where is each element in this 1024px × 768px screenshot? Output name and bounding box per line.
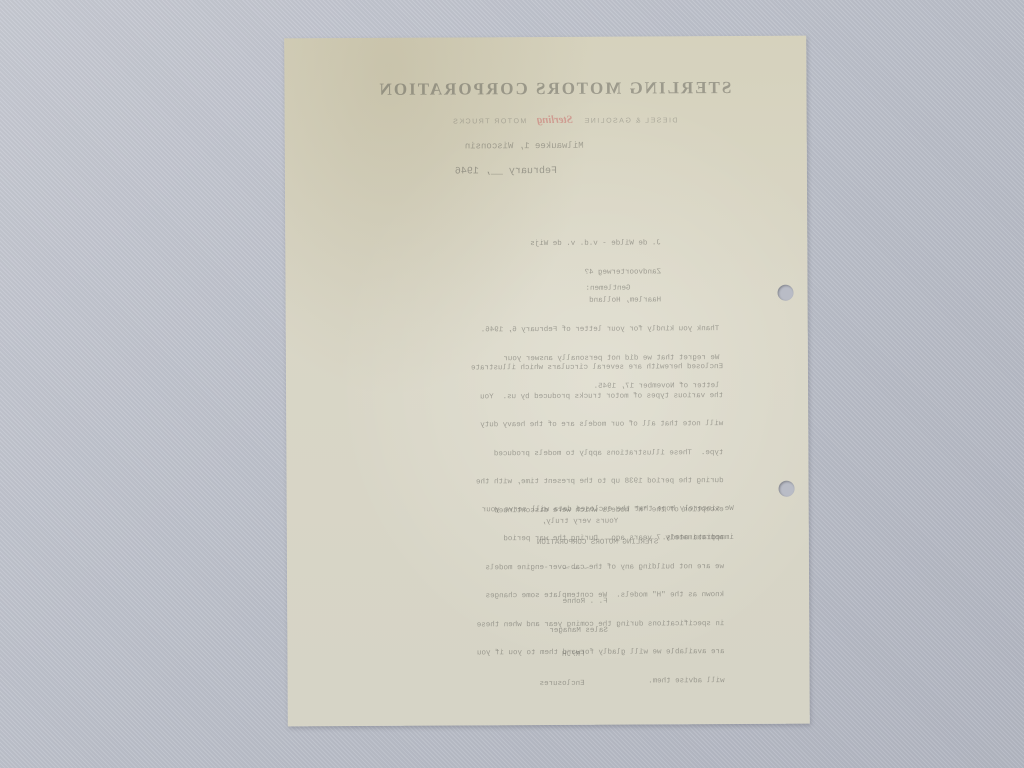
enclosures-line: Enclosures — [540, 679, 585, 689]
punch-hole — [777, 285, 793, 301]
signer-name: F. . Rohne — [549, 598, 608, 608]
company-signature: STERLING MOTORS CORPORATION — [537, 538, 659, 548]
reference-line: FR/JH — [539, 651, 584, 661]
text-line: Enclosed herewith are several circulars … — [471, 363, 723, 374]
text-line: the various types of motor trucks produc… — [471, 392, 723, 403]
address-line: Haarlem, Holland — [531, 296, 662, 306]
closing: Yours very truly, — [542, 518, 619, 528]
sterling-logo: Sterling — [537, 114, 573, 126]
reference-initials: FR/JH Enclosures — [539, 632, 584, 708]
tagline-left: DIESEL & GASOLINE — [583, 117, 678, 124]
address-line: Zandvoorterweg 4? — [530, 268, 661, 278]
text-line: Thank you kindly for your letter of Febr… — [481, 325, 720, 336]
letterhead-city: Milwaukee 1, Wisconsin — [465, 141, 584, 152]
salutation: Gentlemen: — [585, 285, 630, 295]
letterhead-company: STERLING MOTORS CORPORATION — [374, 78, 734, 100]
text-line: will advise them. — [473, 677, 725, 688]
handwritten-signature: ~ ~ ~ — [562, 564, 590, 574]
punch-hole — [779, 481, 795, 497]
address-line: J. de Wilde - v.d. v. de Wijs — [530, 239, 661, 249]
text-line: type. These illustrations apply to model… — [471, 449, 723, 460]
text-line: we are not building any of the cab-over-… — [472, 563, 724, 574]
text-line: will note that all of our models are of … — [471, 420, 723, 431]
text-line: We sincerely hope that the enclosed data… — [482, 505, 734, 516]
letter-date: February __, 1946 — [455, 166, 557, 178]
tagline-right: MOTOR TRUCKS — [452, 118, 527, 125]
letter-paper: STERLING MOTORS CORPORATION DIESEL & GAS… — [284, 36, 810, 727]
letterhead-tagline: DIESEL & GASOLINE Sterling MOTOR TRUCKS — [415, 113, 715, 127]
